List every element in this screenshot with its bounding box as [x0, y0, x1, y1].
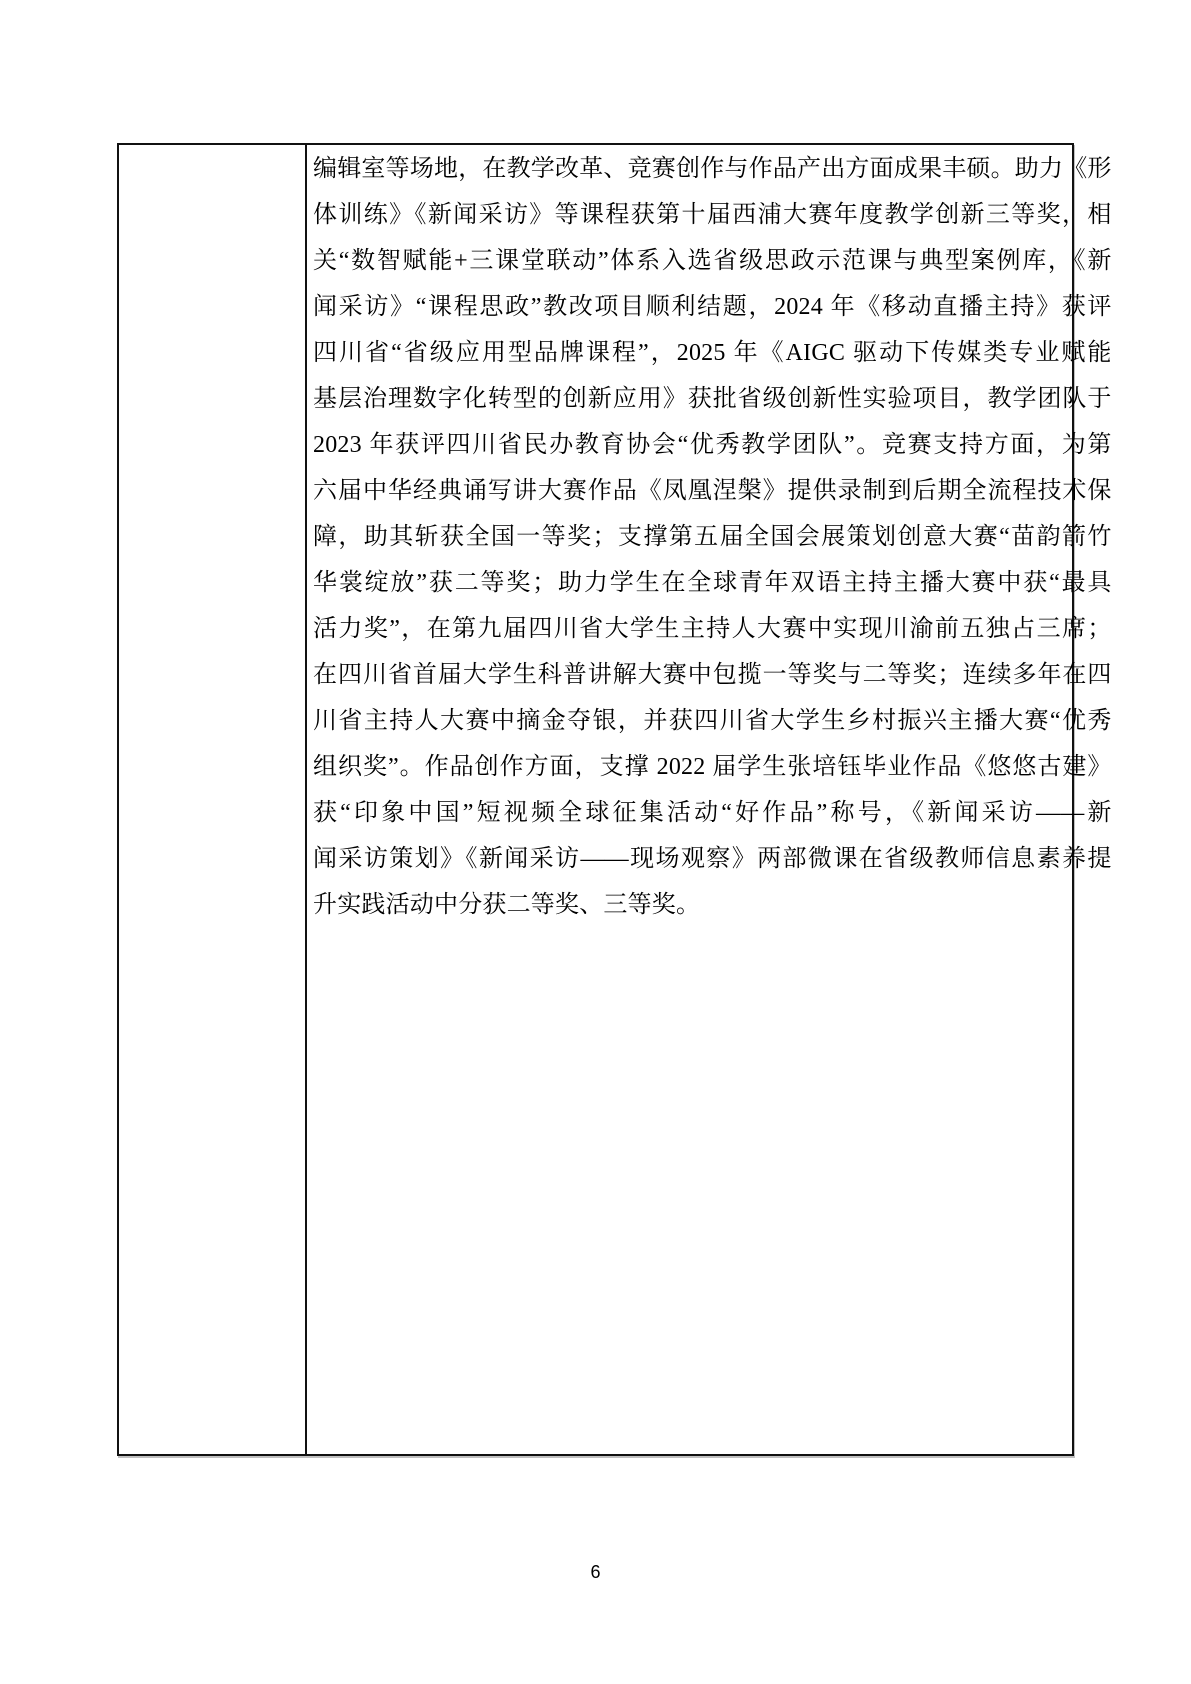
table: 编辑室等场地，在教学改革、竞赛创作与作品产出方面成果丰硕。助力《形体训练》《新闻… [117, 143, 1074, 1456]
paragraph-line: 障，助其斩获全国一等奖；支撑第五届全国会展策划创意大赛“苗韵箭竹 [313, 514, 1112, 560]
paragraph-line: 六届中华经典诵写讲大赛作品《凤凰涅槃》提供录制到后期全流程技术保 [313, 468, 1112, 514]
paragraph-line: 体训练》《新闻采访》等课程获第十届西浦大赛年度教学创新三等奖，相 [313, 192, 1112, 238]
paragraph-line: 四川省“省级应用型品牌课程”，2025 年《AIGC 驱动下传媒类专业赋能 [313, 330, 1112, 376]
paragraph-line: 闻采访》“课程思政”教改项目顺利结题，2024 年《移动直播主持》获评 [313, 284, 1112, 330]
paragraph-line: 华裳绽放”获二等奖；助力学生在全球青年双语主持主播大赛中获“最具 [313, 560, 1112, 606]
paragraph-line: 活力奖”，在第九届四川省大学生主持人大赛中实现川渝前五独占三席； [313, 606, 1112, 652]
paragraph-line: 获“印象中国”短视频全球征集活动“好作品”称号，《新闻采访——新 [313, 790, 1112, 836]
page-number: 6 [0, 1562, 1191, 1583]
paragraph-line: 川省主持人大赛中摘金夺银，并获四川省大学生乡村振兴主播大赛“优秀 [313, 698, 1112, 744]
table-left-cell [119, 145, 307, 1454]
document-page: 编辑室等场地，在教学改革、竞赛创作与作品产出方面成果丰硕。助力《形体训练》《新闻… [0, 0, 1191, 1684]
paragraph-line: 升实践活动中分获二等奖、三等奖。 [313, 882, 1112, 928]
paragraph-line: 关“数智赋能+三课堂联动”体系入选省级思政示范课与典型案例库，《新 [313, 238, 1112, 284]
paragraph-line: 在四川省首届大学生科普讲解大赛中包揽一等奖与二等奖；连续多年在四 [313, 652, 1112, 698]
paragraph-line: 编辑室等场地，在教学改革、竞赛创作与作品产出方面成果丰硕。助力《形 [313, 146, 1112, 192]
paragraph-line: 组织奖”。作品创作方面，支撑 2022 届学生张培钰毕业作品《悠悠古建》 [313, 744, 1112, 790]
paragraph-line: 基层治理数字化转型的创新应用》获批省级创新性实验项目，教学团队于 [313, 376, 1112, 422]
paragraph: 编辑室等场地，在教学改革、竞赛创作与作品产出方面成果丰硕。助力《形体训练》《新闻… [313, 146, 1112, 928]
paragraph-line: 2023 年获评四川省民办教育协会“优秀教学团队”。竞赛支持方面，为第 [313, 422, 1112, 468]
table-content-cell: 编辑室等场地，在教学改革、竞赛创作与作品产出方面成果丰硕。助力《形体训练》《新闻… [307, 145, 1121, 1454]
paragraph-line: 闻采访策划》《新闻采访——现场观察》两部微课在省级教师信息素养提 [313, 836, 1112, 882]
